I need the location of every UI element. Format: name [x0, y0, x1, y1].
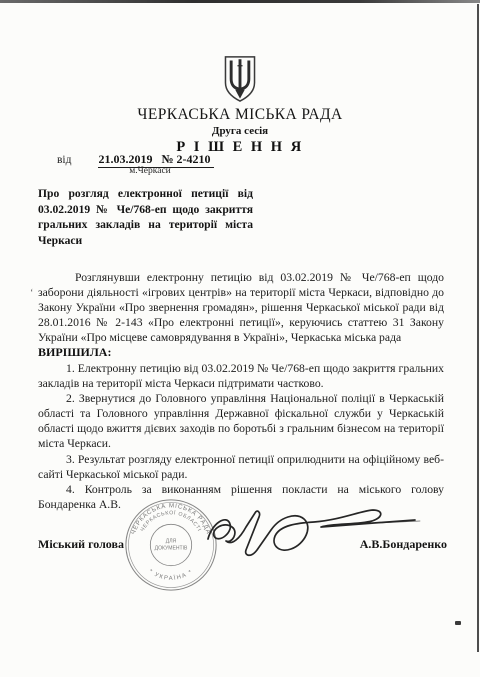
session-name: Друга сесія: [0, 125, 480, 137]
signature-block: Міський голова ЧЕРКАСЬКА МІСЬКА РАДА ЧЕР…: [0, 498, 480, 648]
handwritten-signature: [202, 503, 424, 565]
city-name: м.Черкаси: [105, 166, 195, 176]
scan-artifact-top-edge: [0, 0, 480, 3]
seal-center-line1: ДЛЯ: [166, 539, 177, 545]
date-label: від: [57, 154, 71, 166]
ukraine-trident-coat-of-arms-icon: [220, 55, 260, 103]
resolution-heading: ВИРІШИЛА:: [38, 345, 111, 360]
resolution-item-3: 3. Результат розгляду електронної петиці…: [38, 452, 444, 482]
seal-bottom-ring-text: * УКРАЇНА *: [147, 569, 194, 582]
seal-center-line2: ДОКУМЕНТІВ: [155, 546, 188, 552]
resolution-item-2: 2. Звернутися до Головного управління На…: [38, 391, 444, 451]
resolution-items: 1. Електронну петицію від 03.02.2019 № Ч…: [38, 361, 444, 512]
council-name: ЧЕРКАСЬКА МІСЬКА РАДА: [0, 106, 480, 124]
signatory-title: Міський голова: [38, 537, 124, 552]
resolution-item-1: 1. Електронну петицію від 03.02.2019 № Ч…: [38, 361, 444, 391]
document-subject: Про розгляд електронної петиції від 03.0…: [38, 186, 253, 248]
document-number: № 2-4210: [161, 152, 210, 166]
svg-text:* УКРАЇНА *: * УКРАЇНА *: [147, 569, 194, 582]
scan-artifact-mark: ‘: [30, 288, 33, 299]
document-date: 21.03.2019: [98, 152, 152, 166]
document-page: ‘ ЧЕРКАСЬКА МІСЬКА РАДА Друга сесія Р І …: [0, 0, 480, 677]
preamble-paragraph: Розглянувши електронну петицію від 03.02…: [38, 270, 444, 345]
document-header: ЧЕРКАСЬКА МІСЬКА РАДА Друга сесія Р І Ш …: [0, 55, 480, 156]
signatory-name: А.В.Бондаренко: [360, 537, 447, 552]
